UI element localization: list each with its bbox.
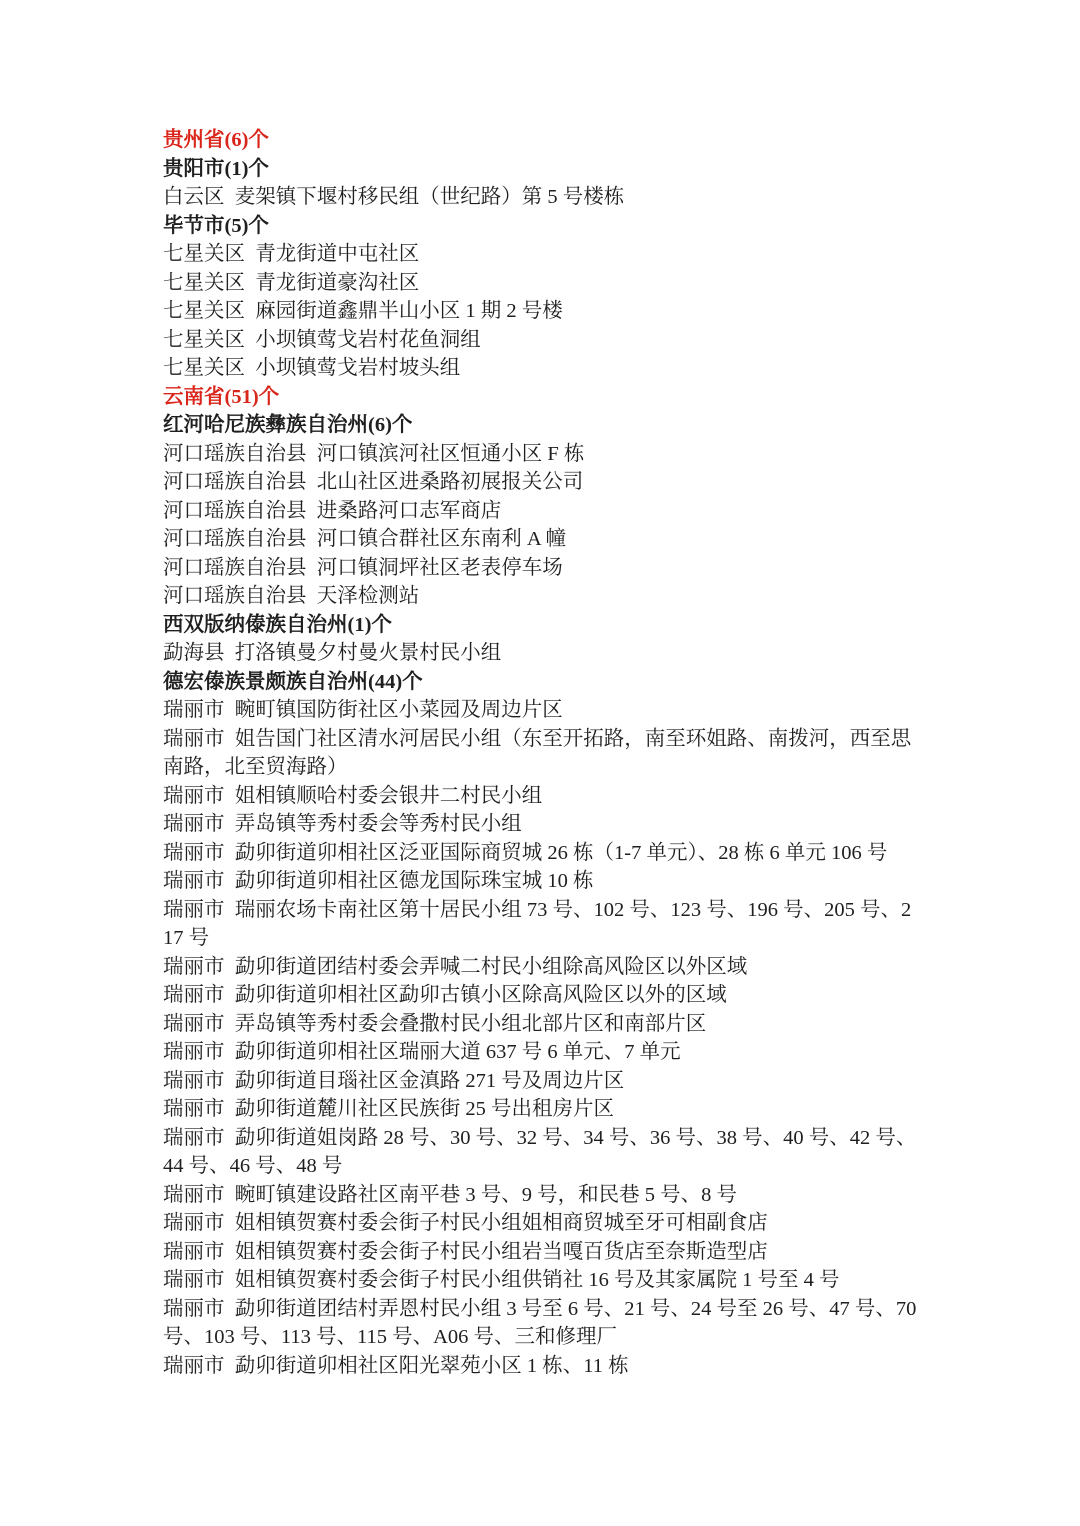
entry-line: 瑞丽市 畹町镇建设路社区南平巷 3 号、9 号，和民巷 5 号、8 号 [163,1181,917,1210]
entry-line: 瑞丽市 勐卯街道卯相社区德龙国际珠宝城 10 栋 [163,867,917,896]
entry-line: 瑞丽市 畹町镇国防街社区小菜园及周边片区 [163,696,917,725]
entry-line: 瑞丽市 姐相镇贺赛村委会街子村民小组姐相商贸城至牙可相副食店 [163,1209,917,1238]
entry-line: 河口瑶族自治县 河口镇滨河社区恒通小区 F 栋 [163,440,917,469]
entry-line: 瑞丽市 勐卯街道团结村委会弄喊二村民小组除高风险区以外区域 [163,953,917,982]
city-heading: 西双版纳傣族自治州(1)个 [163,611,917,640]
province-heading: 云南省(51)个 [163,383,917,412]
entry-line: 瑞丽市 勐卯街道目瑙社区金滇路 271 号及周边片区 [163,1067,917,1096]
entry-line: 七星关区 青龙街道中屯社区 [163,240,917,269]
entry-line: 河口瑶族自治县 进桑路河口志军商店 [163,497,917,526]
entry-line: 瑞丽市 弄岛镇等秀村委会叠撒村民小组北部片区和南部片区 [163,1010,917,1039]
document-page: 贵州省(6)个贵阳市(1)个白云区 麦架镇下堰村移民组（世纪路）第 5 号楼栋毕… [0,0,1080,1526]
entry-line: 白云区 麦架镇下堰村移民组（世纪路）第 5 号楼栋 [163,183,917,212]
entry-line: 瑞丽市 姐告国门社区清水河居民小组（东至开拓路，南至环姐路、南拨河，西至思南路，… [163,725,917,782]
document-body: 贵州省(6)个贵阳市(1)个白云区 麦架镇下堰村移民组（世纪路）第 5 号楼栋毕… [163,126,917,1380]
city-heading: 德宏傣族景颇族自治州(44)个 [163,668,917,697]
city-heading: 贵阳市(1)个 [163,155,917,184]
entry-line: 河口瑶族自治县 河口镇合群社区东南利 A 幢 [163,525,917,554]
city-heading: 红河哈尼族彝族自治州(6)个 [163,411,917,440]
entry-line: 河口瑶族自治县 河口镇洞坪社区老表停车场 [163,554,917,583]
entry-line: 瑞丽市 弄岛镇等秀村委会等秀村民小组 [163,810,917,839]
entry-line: 河口瑶族自治县 北山社区进桑路初展报关公司 [163,468,917,497]
entry-line: 瑞丽市 勐卯街道团结村弄恩村民小组 3 号至 6 号、21 号、24 号至 26… [163,1295,917,1352]
entry-line: 瑞丽市 勐卯街道卯相社区泛亚国际商贸城 26 栋（1-7 单元）、28 栋 6 … [163,839,917,868]
entry-line: 瑞丽市 勐卯街道卯相社区阳光翠苑小区 1 栋、11 栋 [163,1352,917,1381]
entry-line: 瑞丽市 勐卯街道卯相社区瑞丽大道 637 号 6 单元、7 单元 [163,1038,917,1067]
province-heading: 贵州省(6)个 [163,126,917,155]
entry-line: 七星关区 麻园街道鑫鼎半山小区 1 期 2 号楼 [163,297,917,326]
entry-line: 河口瑶族自治县 天泽检测站 [163,582,917,611]
entry-line: 瑞丽市 勐卯街道麓川社区民族街 25 号出租房片区 [163,1095,917,1124]
entry-line: 瑞丽市 姐相镇贺赛村委会街子村民小组岩当嘎百货店至奈斯造型店 [163,1238,917,1267]
entry-line: 瑞丽市 瑞丽农场卡南社区第十居民小组 73 号、102 号、123 号、196 … [163,896,917,953]
city-heading: 毕节市(5)个 [163,212,917,241]
entry-line: 瑞丽市 姐相镇贺赛村委会街子村民小组供销社 16 号及其家属院 1 号至 4 号 [163,1266,917,1295]
entry-line: 七星关区 小坝镇莺戈岩村坡头组 [163,354,917,383]
entry-line: 七星关区 小坝镇莺戈岩村花鱼洞组 [163,326,917,355]
entry-line: 勐海县 打洛镇曼夕村曼火景村民小组 [163,639,917,668]
entry-line: 瑞丽市 姐相镇顺哈村委会银井二村民小组 [163,782,917,811]
entry-line: 七星关区 青龙街道豪沟社区 [163,269,917,298]
entry-line: 瑞丽市 勐卯街道姐岗路 28 号、30 号、32 号、34 号、36 号、38 … [163,1124,917,1181]
entry-line: 瑞丽市 勐卯街道卯相社区勐卯古镇小区除高风险区以外的区域 [163,981,917,1010]
